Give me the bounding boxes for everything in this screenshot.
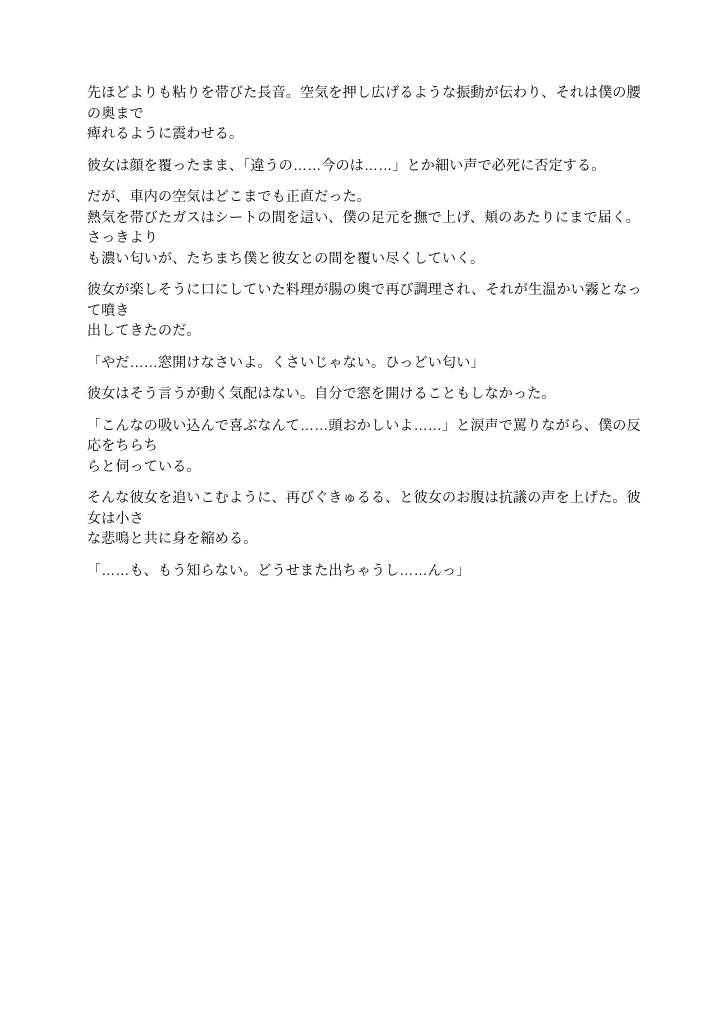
paragraph: 彼女が楽しそうに口にしていた料理が腸の奥で再び調理され、それが生温かい霧となって… — [87, 279, 649, 341]
paragraph: 「こんなの吸い込んで喜ぶなんて……頭おかしいよ……」と涙声で罵りながら、僕の反応… — [87, 415, 649, 477]
paragraph: 「……も、もう知らない。どうせまた出ちゃうし……んっ」 — [87, 560, 649, 581]
paragraph: 先ほどよりも粘りを帯びた長音。空気を押し広げるような振動が伝わり、それは僕の腰の… — [87, 82, 649, 144]
paragraph: 「やだ……窓開けなさいよ。くさいじゃない。ひっどい匂い」 — [87, 352, 649, 373]
paragraph: そんな彼女を追いこむように、再びぐきゅるる、と彼女のお腹は抗議の声を上げた。彼女… — [87, 487, 649, 549]
document-page: 先ほどよりも粘りを帯びた長音。空気を押し広げるような振動が伝わり、それは僕の腰の… — [0, 0, 725, 1024]
paragraph: 彼女はそう言うが動く気配はない。自分で窓を開けることもしなかった。 — [87, 383, 649, 404]
paragraph: だが、車内の空気はどこまでも正直だった。 熱気を帯びたガスはシートの間を這い、僕… — [87, 186, 649, 268]
text-block: 先ほどよりも粘りを帯びた長音。空気を押し広げるような振動が伝わり、それは僕の腰の… — [87, 82, 649, 580]
paragraph: 彼女は顔を覆ったまま、「違うの……今のは……」とか細い声で必死に否定する。 — [87, 155, 649, 176]
